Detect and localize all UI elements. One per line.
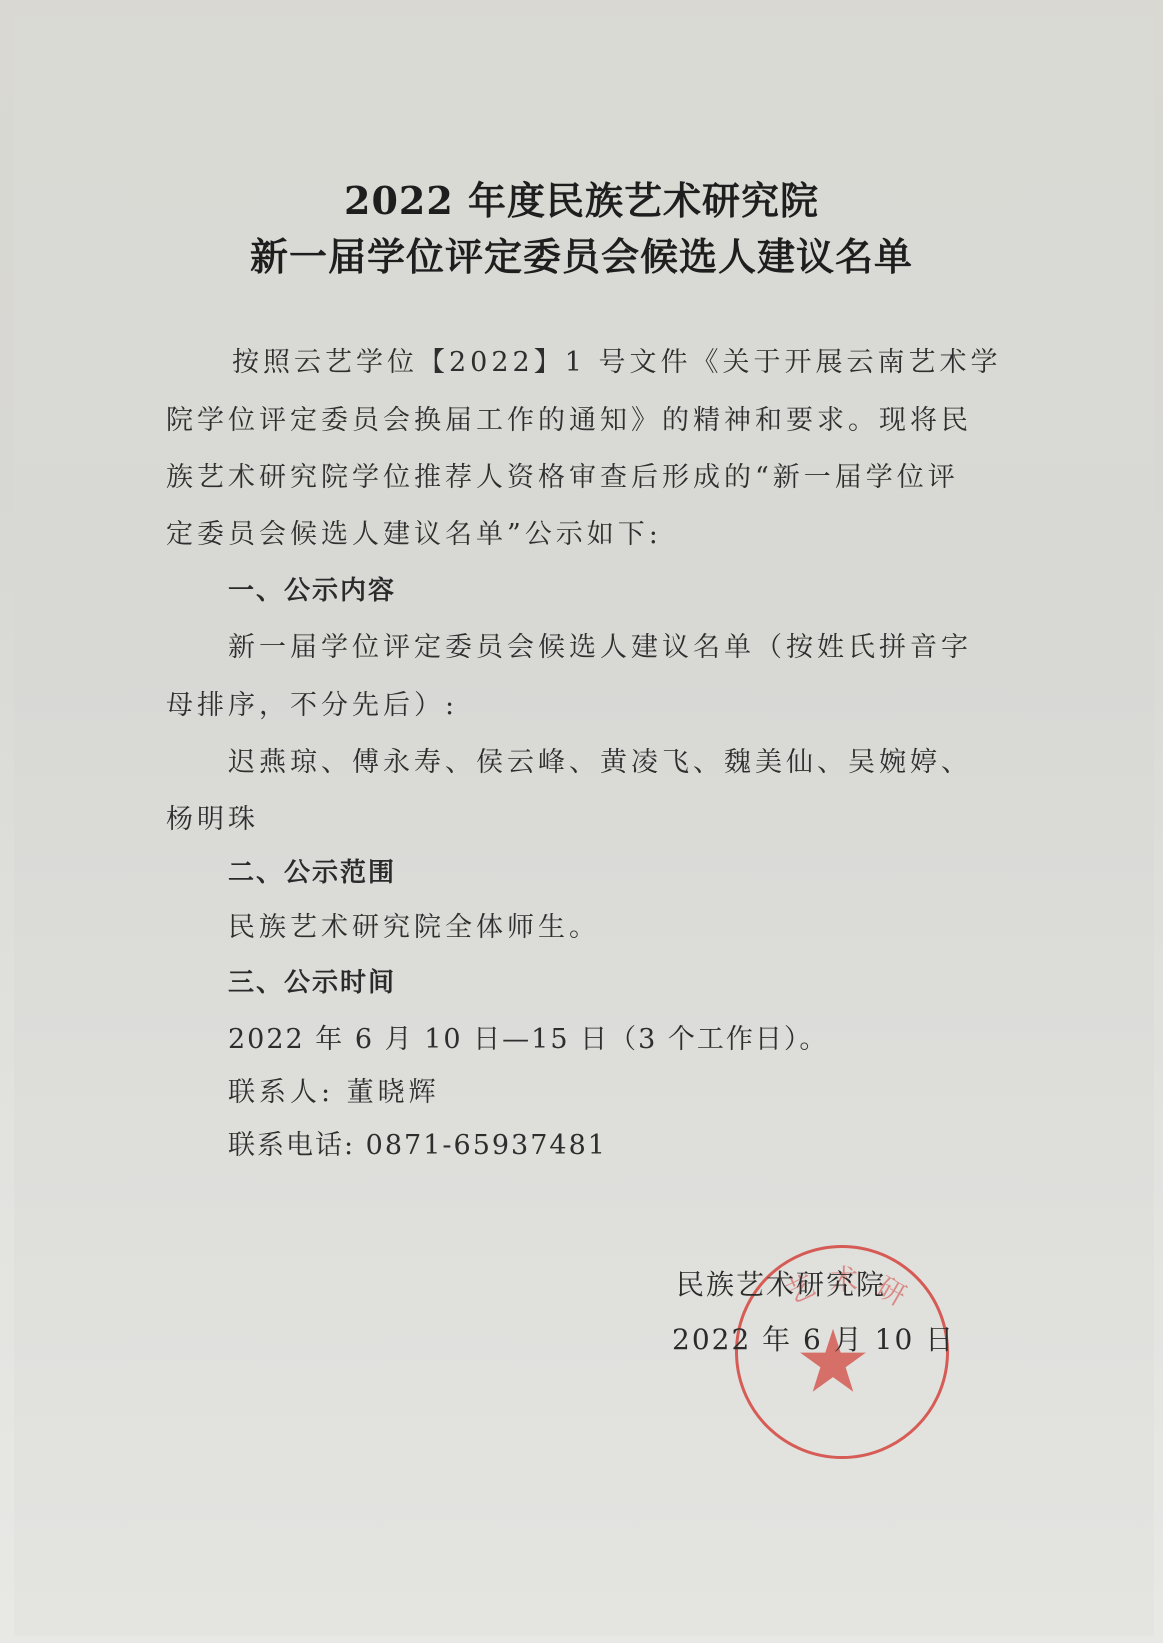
signature-org: 民族艺术研究院 bbox=[676, 1263, 886, 1303]
scope-text: 民族艺术研究院全体师生。 bbox=[228, 905, 600, 944]
intro-line-3: 族艺术研究院学位推荐人资格审查后形成的“新一届学位评 bbox=[166, 455, 959, 494]
candidate-list-line-2: 杨明珠 bbox=[166, 797, 259, 836]
section-heading-time: 三、公示时间 bbox=[228, 962, 396, 999]
intro-line-1: 按照云艺学位【2022】1 号文件《关于开展云南艺术学 bbox=[232, 340, 1001, 379]
contact-person: 联系人: 董晓辉 bbox=[228, 1070, 440, 1109]
section-heading-content: 一、公示内容 bbox=[228, 570, 396, 607]
content-line-1: 新一届学位评定委员会候选人建议名单（按姓氏拼音字 bbox=[228, 625, 972, 664]
section-heading-scope: 二、公示范围 bbox=[228, 852, 396, 889]
document-title-line2: 新一届学位评定委员会候选人建议名单 bbox=[0, 226, 1163, 281]
content-line-2: 母排序，不分先后）: bbox=[166, 683, 458, 722]
document-title-line1: 2022 年度民族艺术研究院 bbox=[0, 170, 1163, 225]
intro-line-2: 院学位评定委员会换届工作的通知》的精神和要求。现将民 bbox=[166, 398, 972, 437]
time-text: 2022 年 6 月 10 日—15 日（3 个工作日）。 bbox=[228, 1017, 828, 1056]
intro-line-4: 定委员会候选人建议名单”公示如下: bbox=[166, 512, 662, 551]
signature-date: 2022 年 6 月 10 日 bbox=[672, 1318, 955, 1358]
candidate-list-line-1: 迟燕琼、傅永寿、侯云峰、黄凌飞、魏美仙、吴婉婷、 bbox=[228, 740, 972, 779]
contact-phone: 联系电话: 0871-65937481 bbox=[228, 1123, 607, 1162]
